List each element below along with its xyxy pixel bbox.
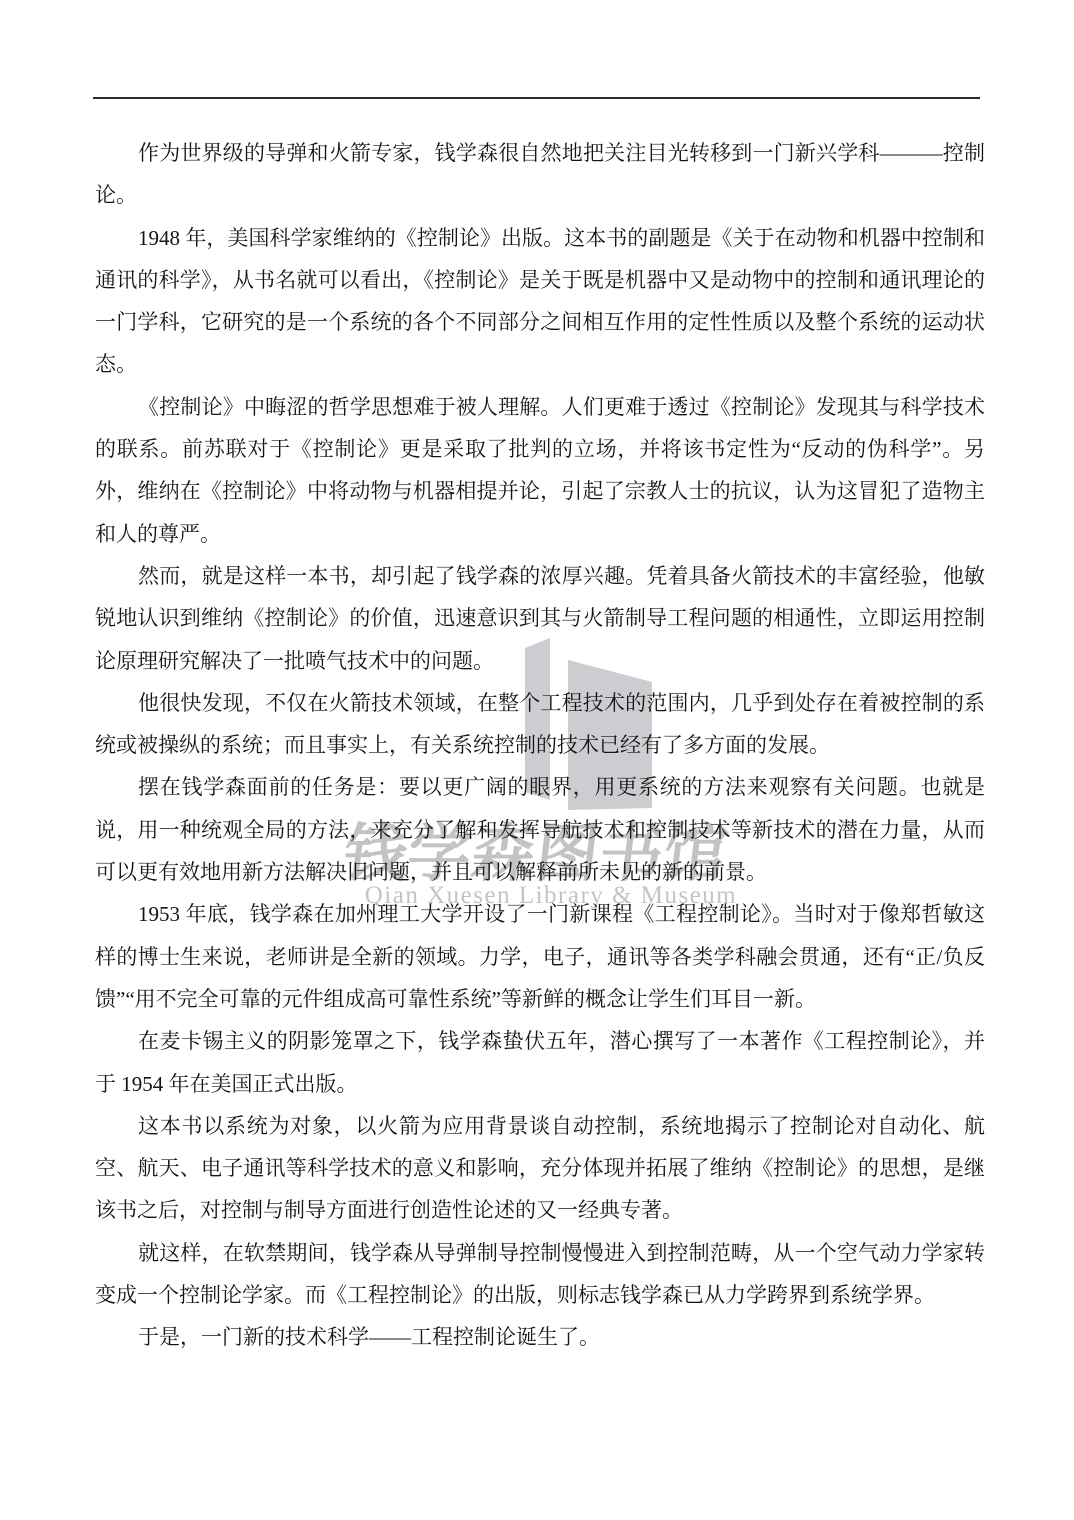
paragraph: 就这样，在软禁期间，钱学森从导弹制导控制慢慢进入到控制范畴，从一个空气动力学家转… xyxy=(95,1232,985,1317)
paragraph: 然而，就是这样一本书，却引起了钱学森的浓厚兴趣。凭着具备火箭技术的丰富经验，他敏… xyxy=(95,555,985,682)
paragraph: 《控制论》中晦涩的哲学思想难于被人理解。人们更难于透过《控制论》发现其与科学技术… xyxy=(95,386,985,555)
paragraph: 1948 年，美国科学家维纳的《控制论》出版。这本书的副题是《关于在动物和机器中… xyxy=(95,217,985,386)
paragraph: 摆在钱学森面前的任务是：要以更广阔的眼界，用更系统的方法来观察有关问题。也就是说… xyxy=(95,766,985,893)
article-body: 作为世界级的导弹和火箭专家，钱学森很自然地把关注目光转移到一门新兴学科———控制… xyxy=(95,132,985,1359)
paragraph: 这本书以系统为对象，以火箭为应用背景谈自动控制，系统地揭示了控制论对自动化、航空… xyxy=(95,1105,985,1232)
header-rule xyxy=(93,97,980,99)
paragraph: 他很快发现，不仅在火箭技术领域，在整个工程技术的范围内，几乎到处存在着被控制的系… xyxy=(95,682,985,767)
paragraph: 在麦卡锡主义的阴影笼罩之下，钱学森蛰伏五年，潜心撰写了一本著作《工程控制论》，并… xyxy=(95,1020,985,1105)
document-page: 钱学森图书馆 Qian Xuesen Library & Museum 作为世界… xyxy=(0,0,1074,1520)
paragraph: 作为世界级的导弹和火箭专家，钱学森很自然地把关注目光转移到一门新兴学科———控制… xyxy=(95,132,985,217)
paragraph: 1953 年底，钱学森在加州理工大学开设了一门新课程《工程控制论》。当时对于像郑… xyxy=(95,893,985,1020)
paragraph: 于是，一门新的技术科学——工程控制论诞生了。 xyxy=(95,1316,985,1358)
